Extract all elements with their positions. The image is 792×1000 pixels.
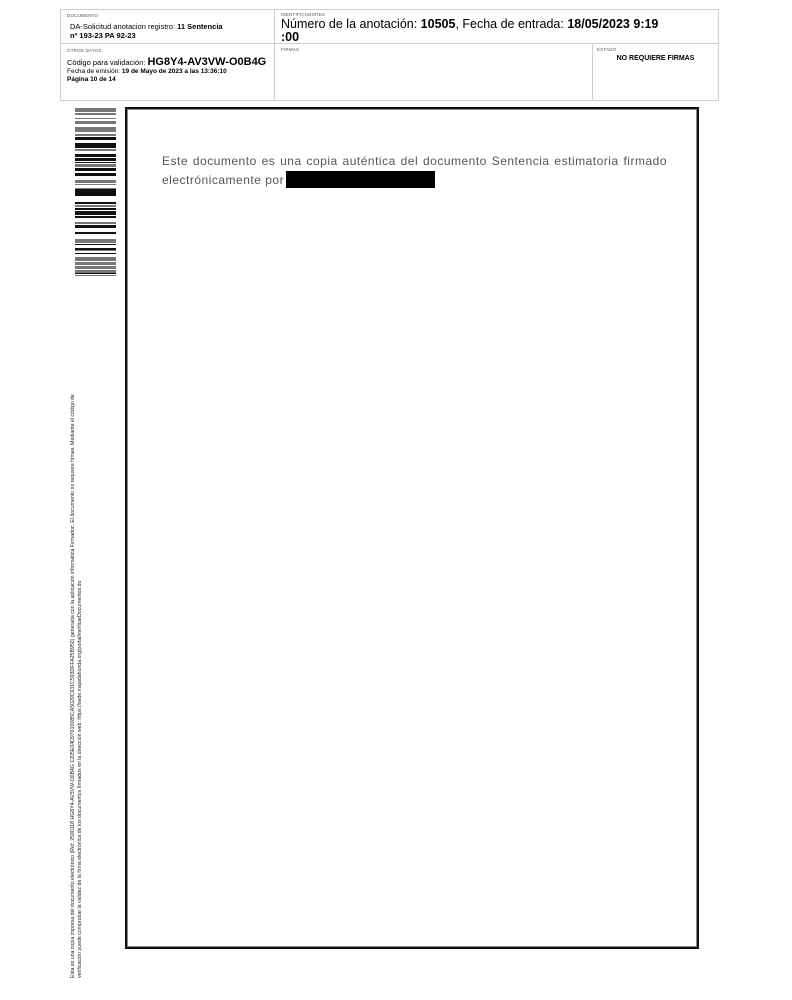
validation-code: Código para validación: HG8Y4-AV3VW-O0B4… [67,56,268,68]
otros-datos-caption: OTROS DATOS [67,48,268,54]
document-page-frame: Este documento es una copia auténtica de… [125,107,699,949]
otros-datos-cell: OTROS DATOS Código para validación: HG8Y… [61,44,275,100]
status-badge: NO REQUIERE FIRMAS [597,55,714,62]
documento-cell: DOCUMENTO DA-Solicitud anotacion registr… [61,10,275,44]
identificadores-value: Número de la anotación: 10505, Fecha de … [281,18,712,44]
firmas-cell: FIRMAS [275,44,593,100]
documento-value: DA-Solicitud anotacion registro: 11 Sent… [67,22,268,40]
document-header-table: DOCUMENTO DA-Solicitud anotacion registr… [60,9,719,101]
redacted-signer [286,171,435,188]
estado-caption: ESTADO [597,47,714,53]
documento-caption: DOCUMENTO [67,13,268,19]
verification-side-text: Esta es una copia impresa del documento … [70,298,84,978]
page-number: Página 10 de 14 [67,76,268,84]
authenticity-statement: Este documento es una copia auténtica de… [162,152,667,190]
firmas-caption: FIRMAS [281,47,586,53]
barcode-icon [75,108,116,276]
issue-date: Fecha de emisión: 19 de Mayo de 2023 a l… [67,68,268,76]
identificadores-cell: IDENTIFICADORES Número de la anotación: … [275,10,718,44]
estado-cell: ESTADO NO REQUIERE FIRMAS [593,44,718,100]
